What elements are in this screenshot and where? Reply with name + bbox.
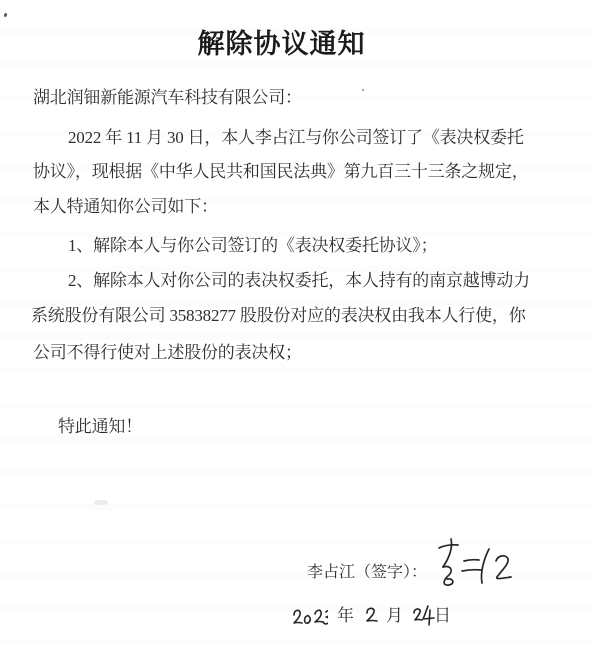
list-item-2: 2、解除本人对你公司的表决权委托，本人持有的南京越博动力 — [68, 263, 530, 299]
document-title: 解除协议通知 — [0, 26, 563, 62]
scan-speck — [362, 89, 364, 91]
scan-smudge — [94, 500, 108, 505]
body-line: 公司不得行使对上述股份的表决权； — [33, 335, 302, 371]
list-item-1: 1、解除本人与你公司签订的《表决权委托协议》； — [68, 228, 437, 264]
addressee-line: 湖北润钿新能源汽车科技有限公司： — [33, 80, 302, 116]
day-unit: 日 — [434, 604, 451, 628]
body-line: 系统股份有限公司 35838277 股股份对应的表决权由我本人行使，你 — [31, 298, 526, 334]
handwritten-year — [292, 607, 328, 627]
body-line: 2022 年 11 月 30 日，本人李占江与你公司签订了《表决权委托 — [68, 120, 524, 156]
scan-speck — [3, 13, 7, 18]
month-unit: 月 — [386, 604, 403, 628]
year-unit: 年 — [337, 604, 354, 628]
body-line: 协议》，现根据《中华人民共和国民法典》第九百三十三条之规定， — [33, 154, 529, 190]
notice-document-page: 解除协议通知 湖北润钿新能源汽车科技有限公司： 2022 年 11 月 30 日… — [0, 0, 591, 660]
notice-closing-line: 特此通知！ — [58, 409, 142, 445]
handwritten-month — [365, 606, 379, 624]
body-line: 本人特通知你公司如下： — [33, 189, 218, 225]
signature-label: 李占江（签字）： — [307, 561, 427, 585]
handwritten-signature — [433, 536, 518, 592]
